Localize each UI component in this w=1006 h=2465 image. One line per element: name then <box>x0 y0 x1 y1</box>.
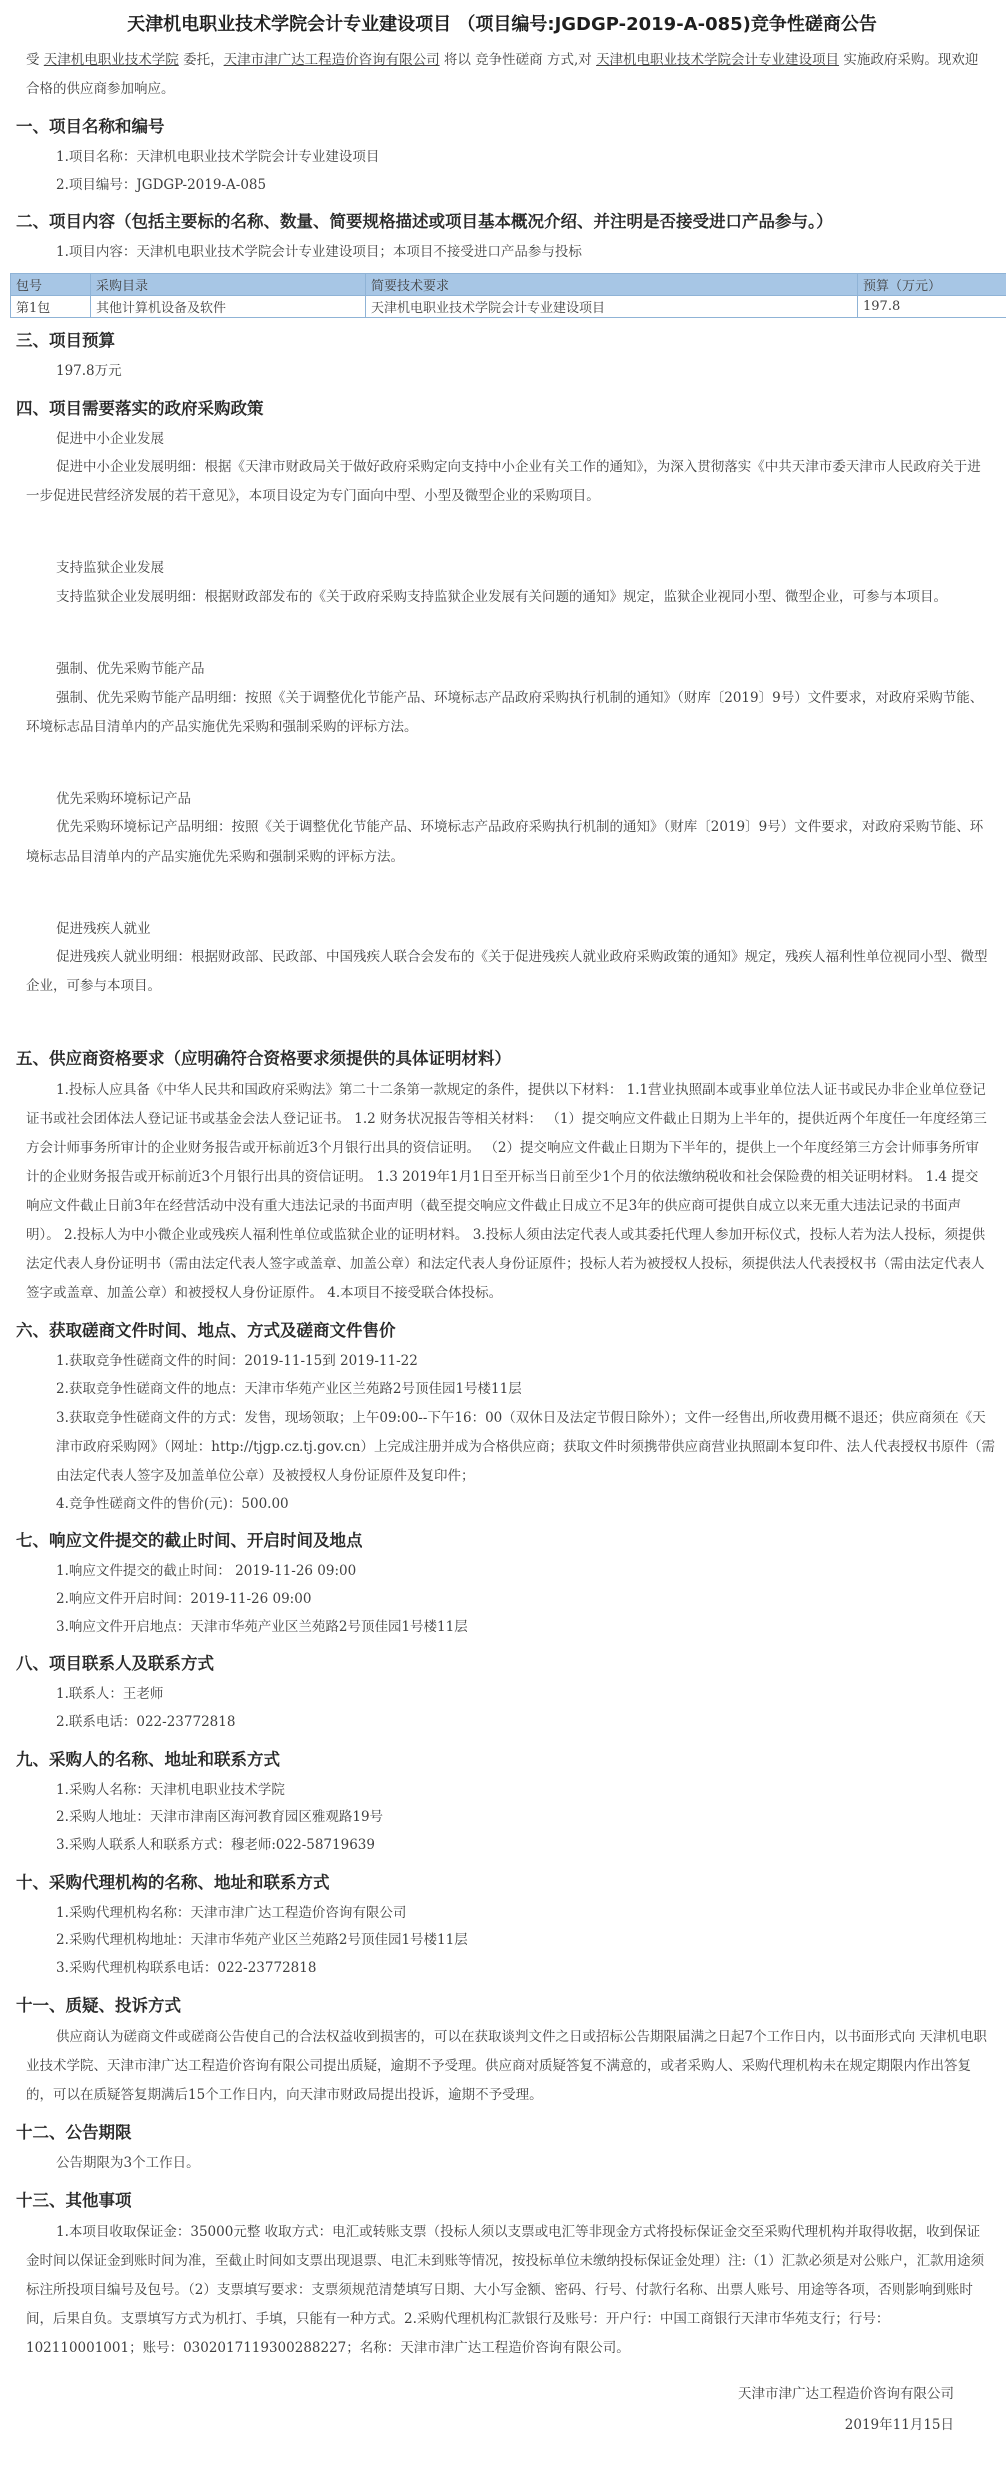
section-inquiry-complaint: 十一、质疑、投诉方式 供应商认为磋商文件或磋商公告使自己的合法权益收到损害的，可… <box>8 1992 996 2110</box>
other-matters-text: 1.本项目收取保证金：35000元整 收取方式：电汇或转账支票（投标人须以支票或… <box>26 2218 988 2363</box>
section-other-matters: 十三、其他事项 1.本项目收取保证金：35000元整 收取方式：电汇或转账支票（… <box>8 2187 996 2363</box>
contact-person-item: 1.联系人：王老师 <box>56 1681 996 1709</box>
section-heading: 一、项目名称和编号 <box>16 113 996 137</box>
intro-text-3: 将以 竞争性磋商 方式,对 <box>440 52 596 68</box>
opening-time-item: 2.响应文件开启时间：2019-11-26 09:00 <box>56 1586 996 1614</box>
section-response-deadline: 七、响应文件提交的截止时间、开启时间及地点 1.响应文件提交的截止时间： 201… <box>8 1527 996 1641</box>
cell-tech-requirement: 天津机电职业技术学院会计专业建设项目 <box>366 296 858 318</box>
intro-paragraph: 受 天津机电职业技术学院 委托，天津市津广达工程造价咨询有限公司 将以 竞争性磋… <box>26 46 990 104</box>
column-header-budget: 预算（万元） <box>858 274 1006 296</box>
section-heading: 三、项目预算 <box>16 327 996 351</box>
policy-detail: 强制、优先采购节能产品明细：按照《关于调整优化节能产品、环境标志产品政府采购执行… <box>26 684 988 742</box>
project-name-underlined: 天津机电职业技术学院会计专业建设项目 <box>596 52 839 68</box>
purchaser-name-item: 1.采购人名称：天津机电职业技术学院 <box>56 1777 996 1805</box>
section-heading: 二、项目内容（包括主要标的名称、数量、简要规格描述或项目基本概况介绍、并注明是否… <box>16 208 996 232</box>
qualification-requirements-text: 1.投标人应具备《中华人民共和国政府采购法》第二十二条第一款规定的条件，提供以下… <box>26 1076 988 1308</box>
policy-name: 促进中小企业发展 <box>56 426 996 454</box>
client-name-underlined: 天津机电职业技术学院 <box>44 52 179 68</box>
announcement-document: 天津机电职业技术学院会计专业建设项目 （项目编号:JGDGP-2019-A-08… <box>0 0 1006 2465</box>
column-header-tech-requirement: 简要技术要求 <box>366 274 858 296</box>
section-project-contact: 八、项目联系人及联系方式 1.联系人：王老师 2.联系电话：022-237728… <box>8 1650 996 1736</box>
announcement-period-text: 公告期限为3个工作日。 <box>56 2150 996 2178</box>
project-content-item: 1.项目内容：天津机电职业技术学院会计专业建设项目；本项目不接受进口产品参与投标 <box>56 239 996 267</box>
intro-text-2: 委托， <box>179 52 224 68</box>
section-heading: 十二、公告期限 <box>16 2119 996 2143</box>
policy-detail: 优先采购环境标记产品明细：按照《关于调整优化节能产品、环境标志产品政府采购执行机… <box>26 813 988 871</box>
policy-block-prison-enterprise: 支持监狱企业发展 支持监狱企业发展明细：根据财政部发布的《关于政府采购支持监狱企… <box>8 555 996 612</box>
section-supplier-qualification: 五、供应商资格要求（应明确符合资格要求须提供的具体证明材料） 1.投标人应具备《… <box>8 1045 996 1308</box>
policy-block-environment-label: 优先采购环境标记产品 优先采购环境标记产品明细：按照《关于调整优化节能产品、环境… <box>8 786 996 872</box>
section-heading: 十一、质疑、投诉方式 <box>16 1992 996 2016</box>
intro-text-1: 受 <box>26 52 44 68</box>
footer-date: 2019年11月15日 <box>8 2410 954 2441</box>
document-price-item: 4.竞争性磋商文件的售价(元)：500.00 <box>56 1491 996 1519</box>
purchaser-contact-item: 3.采购人联系人和联系方式：穆老师:022-58719639 <box>56 1832 996 1860</box>
section-heading: 八、项目联系人及联系方式 <box>16 1650 996 1674</box>
budget-value: 197.8万元 <box>56 358 996 386</box>
opening-place-item: 3.响应文件开启地点：天津市华苑产业区兰苑路2号顶佳园1号楼11层 <box>56 1614 996 1642</box>
inquiry-complaint-text: 供应商认为磋商文件或磋商公告使自己的合法权益收到损害的，可以在获取谈判文件之日或… <box>26 2023 988 2110</box>
section-project-content: 二、项目内容（包括主要标的名称、数量、简要规格描述或项目基本概况介绍、并注明是否… <box>8 208 996 318</box>
column-header-catalog: 采购目录 <box>91 274 366 296</box>
cell-catalog: 其他计算机设备及软件 <box>91 296 366 318</box>
section-heading: 十、采购代理机构的名称、地址和联系方式 <box>16 1869 996 1893</box>
section-heading: 四、项目需要落实的政府采购政策 <box>16 395 996 419</box>
project-number-item: 2.项目编号：JGDGP-2019-A-085 <box>56 172 996 200</box>
cell-package-no: 第1包 <box>11 296 91 318</box>
footer-agency-name: 天津市津广达工程造价咨询有限公司 <box>8 2379 954 2410</box>
contact-phone-item: 2.联系电话：022-23772818 <box>56 1709 996 1737</box>
document-footer: 天津市津广达工程造价咨询有限公司 2019年11月15日 <box>8 2379 996 2441</box>
policy-detail: 支持监狱企业发展明细：根据财政部发布的《关于政府采购支持监狱企业发展有关问题的通… <box>26 583 988 612</box>
policy-block-sme: 促进中小企业发展 促进中小企业发展明细：根据《天津市财政局关于做好政府采购定向支… <box>8 426 996 512</box>
policy-name: 优先采购环境标记产品 <box>56 786 996 814</box>
agency-address-item: 2.采购代理机构地址：天津市华苑产业区兰苑路2号顶佳园1号楼11层 <box>56 1927 996 1955</box>
agency-phone-item: 3.采购代理机构联系电话：022-23772818 <box>56 1955 996 1983</box>
section-project-name-number: 一、项目名称和编号 1.项目名称：天津机电职业技术学院会计专业建设项目 2.项目… <box>8 113 996 199</box>
section-document-acquisition: 六、获取磋商文件时间、地点、方式及磋商文件售价 1.获取竞争性磋商文件的时间：2… <box>8 1317 996 1518</box>
cell-budget: 197.8 <box>858 296 1006 318</box>
page-title: 天津机电职业技术学院会计专业建设项目 （项目编号:JGDGP-2019-A-08… <box>8 8 996 46</box>
section-announcement-period: 十二、公告期限 公告期限为3个工作日。 <box>8 2119 996 2178</box>
section-agency-info: 十、采购代理机构的名称、地址和联系方式 1.采购代理机构名称：天津市津广达工程造… <box>8 1869 996 1983</box>
policy-name: 促进残疾人就业 <box>56 916 996 944</box>
acquisition-method-item: 3.获取竞争性磋商文件的方式：发售，现场领取；上午09:00--下午16：00（… <box>56 1404 996 1491</box>
policy-name: 强制、优先采购节能产品 <box>56 656 996 684</box>
acquisition-time-item: 1.获取竞争性磋商文件的时间：2019-11-15到 2019-11-22 <box>56 1348 996 1376</box>
agency-name-underlined: 天津市津广达工程造价咨询有限公司 <box>224 52 440 68</box>
policy-detail: 促进中小企业发展明细：根据《天津市财政局关于做好政府采购定向支持中小企业有关工作… <box>26 453 988 511</box>
section-heading: 九、采购人的名称、地址和联系方式 <box>16 1746 996 1770</box>
section-purchaser-info: 九、采购人的名称、地址和联系方式 1.采购人名称：天津机电职业技术学院 2.采购… <box>8 1746 996 1860</box>
column-header-package-no: 包号 <box>11 274 91 296</box>
section-project-budget: 三、项目预算 197.8万元 <box>8 327 996 386</box>
purchaser-address-item: 2.采购人地址：天津市津南区海河教育园区雅观路19号 <box>56 1804 996 1832</box>
submission-deadline-item: 1.响应文件提交的截止时间： 2019-11-26 09:00 <box>56 1558 996 1586</box>
project-name-item: 1.项目名称：天津机电职业技术学院会计专业建设项目 <box>56 144 996 172</box>
section-heading: 十三、其他事项 <box>16 2187 996 2211</box>
section-heading: 五、供应商资格要求（应明确符合资格要求须提供的具体证明材料） <box>16 1045 996 1069</box>
policy-name: 支持监狱企业发展 <box>56 555 996 583</box>
acquisition-place-item: 2.获取竞争性磋商文件的地点：天津市华苑产业区兰苑路2号顶佳园1号楼11层 <box>56 1376 996 1404</box>
package-table: 包号 采购目录 简要技术要求 预算（万元） 第1包 其他计算机设备及软件 天津机… <box>10 273 1006 318</box>
section-heading: 七、响应文件提交的截止时间、开启时间及地点 <box>16 1527 996 1551</box>
section-heading: 六、获取磋商文件时间、地点、方式及磋商文件售价 <box>16 1317 996 1341</box>
section-procurement-policies: 四、项目需要落实的政府采购政策 促进中小企业发展 促进中小企业发展明细：根据《天… <box>8 395 996 1002</box>
policy-block-disabled-employment: 促进残疾人就业 促进残疾人就业明细：根据财政部、民政部、中国残疾人联合会发布的《… <box>8 916 996 1002</box>
policy-detail: 促进残疾人就业明细：根据财政部、民政部、中国残疾人联合会发布的《关于促进残疾人就… <box>26 943 988 1001</box>
table-header-row: 包号 采购目录 简要技术要求 预算（万元） <box>11 274 1006 296</box>
agency-name-item: 1.采购代理机构名称：天津市津广达工程造价咨询有限公司 <box>56 1900 996 1928</box>
table-row: 第1包 其他计算机设备及软件 天津机电职业技术学院会计专业建设项目 197.8 <box>11 296 1006 318</box>
policy-block-energy-saving: 强制、优先采购节能产品 强制、优先采购节能产品明细：按照《关于调整优化节能产品、… <box>8 656 996 742</box>
